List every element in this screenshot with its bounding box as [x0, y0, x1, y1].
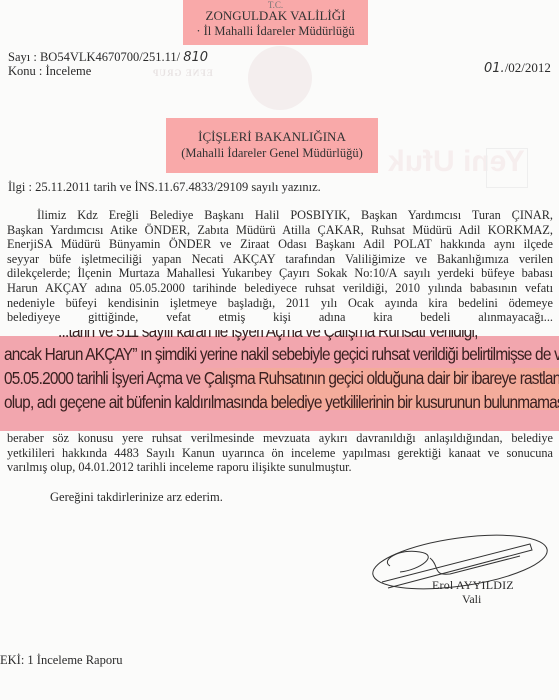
- watermark-text-left: EFNE GRUP: [152, 68, 213, 78]
- date-printed: /02/2012: [505, 60, 551, 75]
- reference-rest: tarih ve İNS.11.67.4833/29109 sayılı yaz…: [90, 180, 320, 194]
- body-line: yetkilileri hakkında 4483 Sayılı Kanun u…: [7, 446, 553, 461]
- body-line: Başkan Yardımcısı Atike ÖNDER, Zabıta Mü…: [7, 223, 553, 238]
- signer-title: Vali: [462, 592, 481, 607]
- highlight-line: ancak Harun AKÇAY” ın şimdiki yerine nak…: [4, 342, 488, 366]
- reference-date: : 25.11.2011: [28, 180, 90, 194]
- letterhead-institution: ZONGULDAK VALİLİĞİ: [183, 8, 368, 24]
- body-paragraph-1: İlimiz Kdz Ereğli Belediye Başkanı Halil…: [7, 208, 553, 325]
- closing-line: Gereğini takdirlerinize arz ederim.: [50, 490, 223, 505]
- watermark-box: [486, 148, 528, 188]
- highlighted-excerpt: ancak Harun AKÇAY” ın şimdiki yerine nak…: [4, 342, 554, 414]
- document-subject: Konu : İnceleme: [8, 64, 91, 79]
- highlight-line: olup, adı geçene ait büfenin kaldırılmas…: [4, 390, 488, 414]
- highlight-line: 05.05.2000 tarihli İşyeri Açma ve Çalışm…: [4, 366, 488, 390]
- recipient-subtitle: (Mahalli İdareler Genel Müdürlüğü): [166, 146, 378, 161]
- document-number: Sayı : BO54VLK4670700/251.11/ 810: [8, 50, 208, 65]
- body-line: dilekçelerde; İlçenin Murtaza Mahallesi …: [7, 266, 553, 281]
- reference-line: İlgi : 25.11.2011 tarih ve İNS.11.67.483…: [8, 180, 321, 195]
- body-line: EnerjiSA Müdürü Bünyamin ÖNDER ve Ziraat…: [7, 237, 553, 252]
- sayi-handwritten: 810: [183, 50, 208, 65]
- body-line: nedeniyle büfeyi kendisinin işletmeye ba…: [7, 296, 553, 311]
- body-line: varılmış olup, 04.01.2012 tarihli incele…: [7, 460, 553, 475]
- body-line: Harun AKÇAY adına 05.05.2000 tarihinde b…: [7, 281, 553, 296]
- konu-label: Konu: [8, 64, 36, 78]
- body-line: İlimiz Kdz Ereğli Belediye Başkanı Halil…: [7, 208, 553, 223]
- letterhead-department: · İl Mahalli İdareler Müdürlüğü: [183, 24, 368, 39]
- date-handwritten: 01.: [484, 61, 505, 76]
- body-line: seyyar büfe işletmeciliği yapan Necati A…: [7, 252, 553, 267]
- attachment-note: EKİ: 1 İnceleme Raporu: [0, 653, 123, 668]
- sayi-value: : BO54VLK4670700/251.11/: [33, 50, 180, 64]
- recipient-title: İÇİŞLERİ BAKANLIĞINA: [166, 129, 378, 145]
- signer-name: Erol AYYILDIZ: [432, 578, 514, 593]
- scanned-document-page: EFNE GRUP Yeni Ufuk T.C. ZONGULDAK VALİL…: [0, 0, 559, 700]
- document-date: 01./02/2012: [484, 60, 551, 76]
- body-paragraph-2: beraber söz konusu yere ruhsat verilmesi…: [7, 431, 553, 475]
- body-line: belediyeye gittiğinde, vefat etmiş kişi …: [7, 310, 553, 325]
- konu-value: : İnceleme: [39, 64, 91, 78]
- body-line: beraber söz konusu yere ruhsat verilmesi…: [7, 431, 553, 446]
- sayi-label: Sayı: [8, 50, 30, 64]
- reference-label: İlgi: [8, 180, 25, 194]
- watermark-logo: [248, 46, 312, 110]
